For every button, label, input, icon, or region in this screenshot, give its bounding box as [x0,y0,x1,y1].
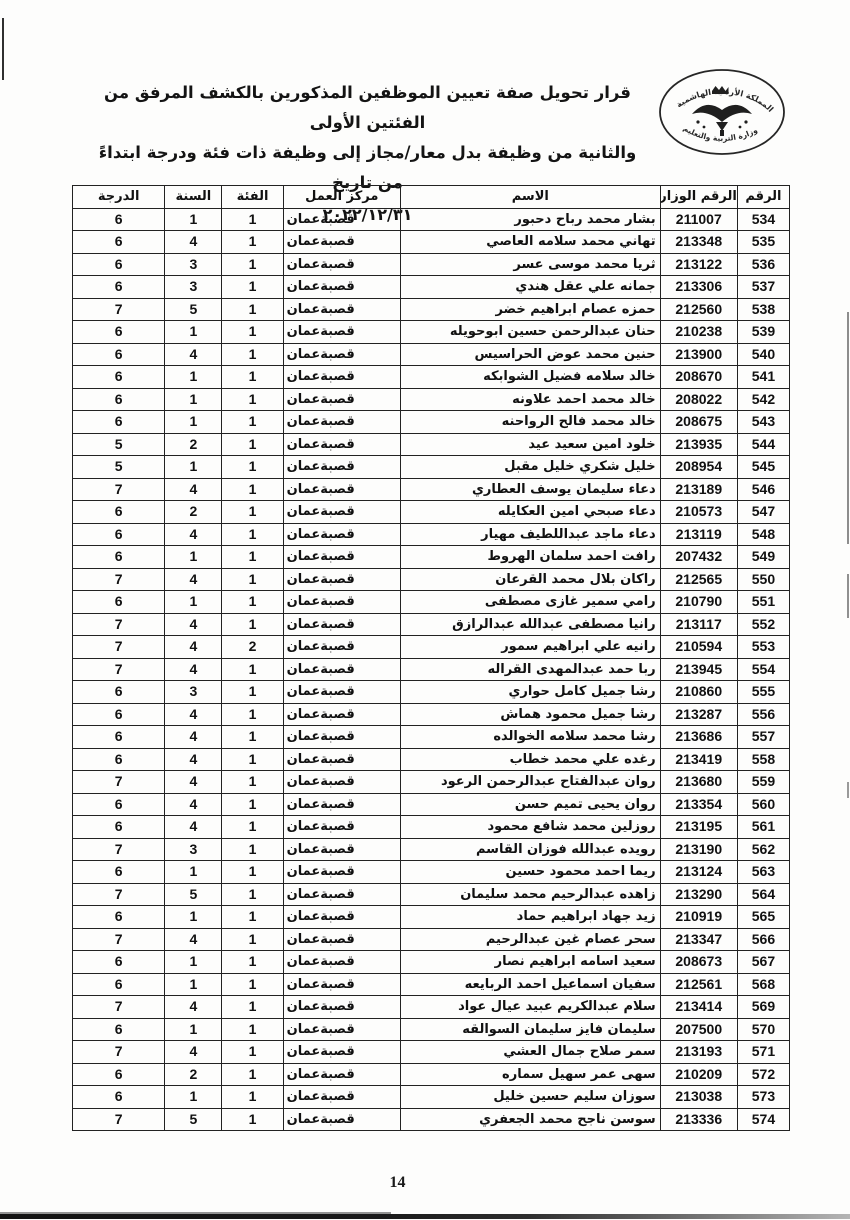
cell-center: قصبةعمان [283,973,400,996]
cell-year: 1 [165,366,222,389]
table-row: 552213117رانيا مصطفى عبدالله عبدالرازققص… [73,613,790,636]
cell-ministerial: 212560 [660,298,737,321]
cell-year: 1 [165,951,222,974]
table-row: 553210594رانيه علي ابراهيم سمورقصبةعمان2… [73,636,790,659]
cell-num: 554 [737,658,789,681]
cell-center: قصبةعمان [283,1063,400,1086]
cell-name: رشا جميل كامل حواري [400,681,660,704]
table-row: 562213190رويده عبدالله فوزان القاسمقصبةع… [73,838,790,861]
cell-ministerial: 213414 [660,996,737,1019]
cell-grade: 6 [73,703,165,726]
cell-name: سفيان اسماعيل احمد الربايعه [400,973,660,996]
cell-category: 1 [222,1018,283,1041]
cell-ministerial: 213190 [660,838,737,861]
cell-ministerial: 213038 [660,1086,737,1109]
scan-artifact-right-edge [847,312,849,544]
cell-name: روان عبدالفتاح عبدالرحمن الرعود [400,771,660,794]
cell-grade: 7 [73,883,165,906]
cell-center: قصبةعمان [283,411,400,434]
cell-name: رافت احمد سلمان الهروط [400,546,660,569]
cell-center: قصبةعمان [283,658,400,681]
table-row: 557213686رشا محمد سلامه الخوالدهقصبةعمان… [73,726,790,749]
cell-center: قصبةعمان [283,1018,400,1041]
col-header-grade: الدرجة [73,186,165,209]
cell-year: 3 [165,276,222,299]
table-row: 565210919زيد جهاد ابراهيم حمادقصبةعمان11… [73,906,790,929]
col-header-name: الاسم [400,186,660,209]
cell-name: سحر عصام غين عبدالرحيم [400,928,660,951]
cell-num: 552 [737,613,789,636]
table-row: 550212565راكان بلال محمد القرعانقصبةعمان… [73,568,790,591]
cell-year: 4 [165,636,222,659]
cell-name: سوزان سليم حسين خليل [400,1086,660,1109]
cell-ministerial: 210919 [660,906,737,929]
cell-num: 557 [737,726,789,749]
cell-name: رشا محمد سلامه الخوالده [400,726,660,749]
cell-center: قصبةعمان [283,726,400,749]
cell-num: 541 [737,366,789,389]
cell-name: سهى عمر سهيل سماره [400,1063,660,1086]
cell-category: 1 [222,681,283,704]
cell-num: 566 [737,928,789,951]
table-row: 538212560حمزه عصام ابراهيم خضرقصبةعمان15… [73,298,790,321]
cell-category: 1 [222,433,283,456]
cell-grade: 6 [73,231,165,254]
cell-category: 1 [222,1086,283,1109]
cell-num: 573 [737,1086,789,1109]
cell-center: قصبةعمان [283,568,400,591]
cell-grade: 6 [73,1063,165,1086]
cell-grade: 6 [73,793,165,816]
cell-num: 561 [737,816,789,839]
cell-ministerial: 210790 [660,591,737,614]
cell-grade: 6 [73,411,165,434]
cell-category: 1 [222,973,283,996]
table-row: 554213945ربا حمد عبدالمهدى القرالهقصبةعم… [73,658,790,681]
cell-year: 4 [165,703,222,726]
cell-category: 1 [222,703,283,726]
table-row: 541208670خالد سلامه فضيل الشوابكهقصبةعما… [73,366,790,389]
cell-grade: 5 [73,456,165,479]
cell-name: زاهده عبدالرحيم محمد سليمان [400,883,660,906]
cell-ministerial: 213193 [660,1041,737,1064]
cell-center: قصبةعمان [283,636,400,659]
cell-num: 572 [737,1063,789,1086]
table-row: 564213290زاهده عبدالرحيم محمد سليمانقصبة… [73,883,790,906]
cell-category: 1 [222,456,283,479]
scan-artifact-bottom-edge [0,1214,850,1219]
cell-center: قصبةعمان [283,388,400,411]
cell-category: 1 [222,546,283,569]
table-row: 536213122ثريا محمد موسى عسرقصبةعمان136 [73,253,790,276]
cell-year: 4 [165,613,222,636]
cell-center: قصبةعمان [283,478,400,501]
cell-ministerial: 213900 [660,343,737,366]
cell-year: 1 [165,388,222,411]
cell-name: روان يحيى تميم حسن [400,793,660,816]
cell-ministerial: 208673 [660,951,737,974]
cell-center: قصبةعمان [283,321,400,344]
cell-grade: 7 [73,658,165,681]
cell-center: قصبةعمان [283,523,400,546]
cell-name: ثريا محمد موسى عسر [400,253,660,276]
cell-year: 5 [165,883,222,906]
cell-grade: 6 [73,816,165,839]
cell-category: 1 [222,591,283,614]
cell-category: 1 [222,951,283,974]
cell-year: 3 [165,253,222,276]
cell-ministerial: 213306 [660,276,737,299]
cell-category: 1 [222,748,283,771]
table-row: 567208673سعيد اسامه ابراهيم نصارقصبةعمان… [73,951,790,974]
cell-name: خليل شكري خليل مقبل [400,456,660,479]
scan-artifact-right-edge [847,574,849,618]
cell-num: 540 [737,343,789,366]
cell-category: 1 [222,298,283,321]
scan-artifact-right-edge [847,782,849,798]
cell-category: 1 [222,276,283,299]
cell-category: 1 [222,793,283,816]
cell-year: 4 [165,793,222,816]
cell-grade: 6 [73,208,165,231]
cell-grade: 7 [73,613,165,636]
cell-ministerial: 210238 [660,321,737,344]
cell-grade: 7 [73,771,165,794]
cell-grade: 6 [73,748,165,771]
cell-category: 1 [222,501,283,524]
cell-name: خالد سلامه فضيل الشوابكه [400,366,660,389]
cell-name: جمانه علي عقل هندي [400,276,660,299]
cell-year: 4 [165,1041,222,1064]
table-row: 549207432رافت احمد سلمان الهروطقصبةعمان1… [73,546,790,569]
cell-year: 4 [165,726,222,749]
cell-center: قصبةعمان [283,996,400,1019]
table-row: 546213189دعاء سليمان يوسف العطاريقصبةعما… [73,478,790,501]
table-row: 535213348تهاني محمد سلامه العاصيقصبةعمان… [73,231,790,254]
cell-year: 1 [165,456,222,479]
cell-num: 551 [737,591,789,614]
col-header-ministerial: الرقم الوزاري [660,186,737,209]
cell-year: 4 [165,568,222,591]
cell-num: 544 [737,433,789,456]
cell-num: 555 [737,681,789,704]
table-row: 568212561سفيان اسماعيل احمد الربايعهقصبة… [73,973,790,996]
cell-name: ربا حمد عبدالمهدى القراله [400,658,660,681]
cell-ministerial: 213124 [660,861,737,884]
cell-center: قصبةعمان [283,501,400,524]
cell-category: 2 [222,636,283,659]
cell-num: 568 [737,973,789,996]
cell-grade: 6 [73,321,165,344]
cell-category: 1 [222,726,283,749]
cell-ministerial: 208954 [660,456,737,479]
cell-grade: 6 [73,546,165,569]
table-row: 555210860رشا جميل كامل حواريقصبةعمان136 [73,681,790,704]
cell-grade: 7 [73,636,165,659]
cell-num: 559 [737,771,789,794]
cell-category: 1 [222,321,283,344]
cell-ministerial: 212565 [660,568,737,591]
table-body: 534211007بشار محمد رباح دحبورقصبةعمان116… [73,208,790,1131]
cell-num: 567 [737,951,789,974]
cell-center: قصبةعمان [283,1086,400,1109]
cell-center: قصبةعمان [283,231,400,254]
cell-category: 1 [222,1063,283,1086]
cell-num: 556 [737,703,789,726]
cell-grade: 6 [73,276,165,299]
cell-year: 1 [165,546,222,569]
cell-grade: 6 [73,973,165,996]
cell-num: 537 [737,276,789,299]
cell-name: رويده عبدالله فوزان القاسم [400,838,660,861]
cell-category: 1 [222,1041,283,1064]
table-row: 572210209سهى عمر سهيل سمارهقصبةعمان126 [73,1063,790,1086]
cell-category: 1 [222,523,283,546]
scan-artifact-left-edge [2,18,4,80]
cell-ministerial: 213419 [660,748,737,771]
table-row: 569213414سلام عبدالكريم عبيد عيال عوادقص… [73,996,790,1019]
ministry-seal: المملكة الأردنية الهاشمية وزارة التربية … [652,64,792,160]
cell-year: 1 [165,906,222,929]
cell-center: قصبةعمان [283,748,400,771]
cell-grade: 6 [73,861,165,884]
cell-year: 4 [165,748,222,771]
cell-category: 1 [222,208,283,231]
cell-name: دعاء سليمان يوسف العطاري [400,478,660,501]
cell-category: 1 [222,343,283,366]
cell-num: 545 [737,456,789,479]
cell-center: قصبةعمان [283,928,400,951]
table-row: 561213195روزلين محمد شافع محمودقصبةعمان1… [73,816,790,839]
cell-year: 4 [165,771,222,794]
cell-grade: 6 [73,681,165,704]
cell-ministerial: 213195 [660,816,737,839]
table-row: 574213336سوسن ناجح محمد الجعفريقصبةعمان1… [73,1108,790,1131]
cell-year: 3 [165,838,222,861]
cell-num: 547 [737,501,789,524]
cell-grade: 7 [73,478,165,501]
scan-artifact-bottom-edge [0,1212,391,1214]
page-number: 14 [0,1174,795,1192]
cell-year: 5 [165,298,222,321]
cell-num: 538 [737,298,789,321]
table-row: 545208954خليل شكري خليل مقبلقصبةعمان115 [73,456,790,479]
cell-ministerial: 213287 [660,703,737,726]
cell-ministerial: 213122 [660,253,737,276]
cell-num: 569 [737,996,789,1019]
table-row: 563213124ريما احمد محمود حسينقصبةعمان116 [73,861,790,884]
cell-num: 548 [737,523,789,546]
cell-num: 535 [737,231,789,254]
cell-ministerial: 207432 [660,546,737,569]
cell-grade: 6 [73,523,165,546]
col-header-center: مركز العمل [283,186,400,209]
cell-num: 549 [737,546,789,569]
cell-year: 2 [165,501,222,524]
cell-center: قصبةعمان [283,838,400,861]
cell-name: خلود امين سعيد عيد [400,433,660,456]
cell-ministerial: 211007 [660,208,737,231]
cell-ministerial: 213935 [660,433,737,456]
table-row: 548213119دعاء ماجد عبداللطيف مهيارقصبةعم… [73,523,790,546]
cell-grade: 5 [73,433,165,456]
cell-name: بشار محمد رباح دحبور [400,208,660,231]
cell-year: 4 [165,523,222,546]
cell-name: راكان بلال محمد القرعان [400,568,660,591]
cell-num: 536 [737,253,789,276]
cell-grade: 7 [73,568,165,591]
cell-category: 1 [222,883,283,906]
cell-year: 4 [165,658,222,681]
cell-category: 1 [222,253,283,276]
cell-category: 1 [222,658,283,681]
cell-center: قصبةعمان [283,816,400,839]
cell-num: 542 [737,388,789,411]
cell-center: قصبةعمان [283,793,400,816]
cell-num: 564 [737,883,789,906]
cell-grade: 6 [73,366,165,389]
cell-center: قصبةعمان [283,951,400,974]
cell-center: قصبةعمان [283,1041,400,1064]
cell-name: دعاء صبحي امين العكايله [400,501,660,524]
cell-grade: 6 [73,388,165,411]
cell-grade: 6 [73,1018,165,1041]
col-header-category: الفئة [222,186,283,209]
cell-num: 553 [737,636,789,659]
cell-num: 574 [737,1108,789,1131]
col-header-year: السنة [165,186,222,209]
cell-num: 534 [737,208,789,231]
cell-center: قصبةعمان [283,276,400,299]
cell-name: حنين محمد عوض الحراسيس [400,343,660,366]
cell-center: قصبةعمان [283,1108,400,1131]
cell-num: 539 [737,321,789,344]
table-row: 551210790رامي سمير غازى مصطفىقصبةعمان116 [73,591,790,614]
cell-ministerial: 213290 [660,883,737,906]
title-line-1: قرار تحويل صفة تعيين الموظفين المذكورين … [90,78,645,138]
cell-num: 550 [737,568,789,591]
cell-grade: 6 [73,591,165,614]
cell-year: 4 [165,928,222,951]
cell-center: قصبةعمان [283,883,400,906]
cell-year: 1 [165,1018,222,1041]
table-row: 537213306جمانه علي عقل هنديقصبةعمان136 [73,276,790,299]
cell-name: سلام عبدالكريم عبيد عيال عواد [400,996,660,1019]
cell-num: 563 [737,861,789,884]
cell-center: قصبةعمان [283,703,400,726]
cell-name: سوسن ناجح محمد الجعفري [400,1108,660,1131]
cell-num: 570 [737,1018,789,1041]
table-row: 560213354روان يحيى تميم حسنقصبةعمان146 [73,793,790,816]
cell-ministerial: 213119 [660,523,737,546]
table-row: 540213900حنين محمد عوض الحراسيسقصبةعمان1… [73,343,790,366]
cell-category: 1 [222,996,283,1019]
cell-name: زيد جهاد ابراهيم حماد [400,906,660,929]
cell-year: 1 [165,1086,222,1109]
cell-year: 5 [165,1108,222,1131]
cell-year: 1 [165,973,222,996]
cell-category: 1 [222,861,283,884]
cell-num: 571 [737,1041,789,1064]
table-row: 543208675خالد محمد فالح الرواحنهقصبةعمان… [73,411,790,434]
cell-name: رامي سمير غازى مصطفى [400,591,660,614]
cell-center: قصبةعمان [283,771,400,794]
ministry-seal-icon: المملكة الأردنية الهاشمية وزارة التربية … [652,64,792,160]
cell-center: قصبةعمان [283,366,400,389]
cell-name: خالد محمد فالح الرواحنه [400,411,660,434]
cell-category: 1 [222,1108,283,1131]
table-row: 539210238حنان عبدالرحمن حسين ابوحويلهقصب… [73,321,790,344]
cell-year: 4 [165,478,222,501]
cell-ministerial: 210209 [660,1063,737,1086]
cell-ministerial: 213117 [660,613,737,636]
cell-grade: 6 [73,253,165,276]
cell-center: قصبةعمان [283,208,400,231]
cell-grade: 7 [73,838,165,861]
cell-grade: 6 [73,951,165,974]
cell-ministerial: 210594 [660,636,737,659]
cell-center: قصبةعمان [283,546,400,569]
cell-name: رشا جميل محمود هماش [400,703,660,726]
table-row: 547210573دعاء صبحي امين العكايلهقصبةعمان… [73,501,790,524]
cell-year: 4 [165,996,222,1019]
cell-year: 2 [165,1063,222,1086]
cell-grade: 6 [73,906,165,929]
cell-category: 1 [222,906,283,929]
cell-grade: 6 [73,501,165,524]
table-row: 534211007بشار محمد رباح دحبورقصبةعمان116 [73,208,790,231]
table-row: 542208022خالد محمد احمد علاونهقصبةعمان11… [73,388,790,411]
cell-name: روزلين محمد شافع محمود [400,816,660,839]
cell-category: 1 [222,388,283,411]
table-row: 573213038سوزان سليم حسين خليلقصبةعمان116 [73,1086,790,1109]
cell-center: قصبةعمان [283,681,400,704]
cell-name: ريما احمد محمود حسين [400,861,660,884]
cell-center: قصبةعمان [283,861,400,884]
cell-name: حنان عبدالرحمن حسين ابوحويله [400,321,660,344]
cell-grade: 7 [73,298,165,321]
cell-name: دعاء ماجد عبداللطيف مهيار [400,523,660,546]
cell-ministerial: 212561 [660,973,737,996]
cell-grade: 7 [73,1108,165,1131]
cell-year: 1 [165,591,222,614]
cell-name: سليمان فايز سليمان السوالقه [400,1018,660,1041]
cell-ministerial: 210860 [660,681,737,704]
document-page: المملكة الأردنية الهاشمية وزارة التربية … [0,0,850,1220]
cell-name: سعيد اسامه ابراهيم نصار [400,951,660,974]
cell-num: 565 [737,906,789,929]
cell-year: 4 [165,816,222,839]
cell-num: 562 [737,838,789,861]
cell-grade: 6 [73,726,165,749]
cell-category: 1 [222,478,283,501]
cell-center: قصبةعمان [283,253,400,276]
cell-ministerial: 210573 [660,501,737,524]
table-row: 566213347سحر عصام غين عبدالرحيمقصبةعمان1… [73,928,790,951]
cell-name: رانيه علي ابراهيم سمور [400,636,660,659]
cell-grade: 7 [73,996,165,1019]
cell-ministerial: 208022 [660,388,737,411]
cell-name: رغده علي محمد خطاب [400,748,660,771]
table-row: 570207500سليمان فايز سليمان السوالقهقصبة… [73,1018,790,1041]
cell-ministerial: 213348 [660,231,737,254]
cell-category: 1 [222,838,283,861]
cell-category: 1 [222,411,283,434]
cell-category: 1 [222,928,283,951]
table-header-row: الرقم الرقم الوزاري الاسم مركز العمل الف… [73,186,790,209]
cell-year: 1 [165,208,222,231]
cell-ministerial: 213189 [660,478,737,501]
